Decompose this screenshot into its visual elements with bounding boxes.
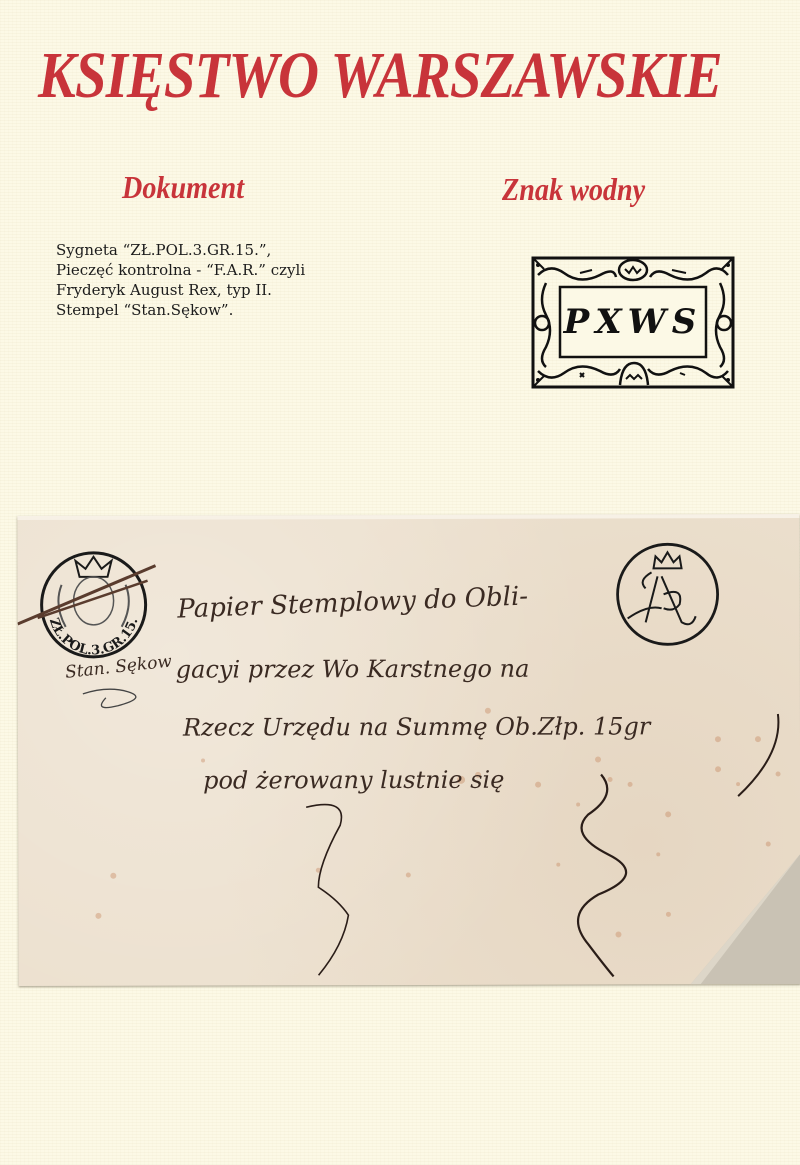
page-title: KSIĘSTWO WARSZAWSKIE [38, 36, 674, 116]
crowned-monogram-icon: FAR [617, 544, 717, 644]
watermark-figure: PXWS PXWS [530, 255, 736, 390]
svg-text:Rzecz Urzędu na Summę Ob.Złp.: Rzecz Urzędu na Summę Ob.Złp. 15gr [182, 712, 652, 741]
svg-text:gacyi przez Wo Karstnego na: gacyi przez Wo Karstnego na [176, 655, 530, 684]
svg-text:ZŁ.POL.3.GR.15.: ZŁ.POL.3.GR.15. [46, 616, 142, 659]
document-ink-layer: ZŁ.POL.3.GR.15. Stan. Sękow FAR Papier S… [17, 514, 800, 986]
description-block: Sygneta “ZŁ.POL.3.GR.15.”, Pieczęć kontr… [56, 240, 436, 320]
handwriting-line: pod żerowany lustnie się [0, 0, 1, 1]
control-seal-monogram: FAR [0, 0, 1, 1]
signet-stamp-text: ZŁ.POL.3.GR.15. [0, 0, 1, 1]
description-line: Fryderyk August Rex, typ II. [56, 280, 436, 300]
description-line: Pieczęć kontrolna - “F.A.R.” czyli [56, 260, 436, 280]
handwriting-line: Papier Stemplowy do Obli- [0, 0, 1, 1]
description-line: Sygneta “ZŁ.POL.3.GR.15.”, [56, 240, 436, 260]
watermark-text: PXWS [736, 255, 737, 256]
handwriting-line: gacyi przez Wo Karstnego na [0, 0, 1, 1]
place-stamp-text: Stan. Sękow [0, 0, 1, 1]
svg-text:PXWS: PXWS [563, 302, 703, 342]
folded-corner [690, 854, 800, 984]
svg-text:pod żerowany lustnie się: pod żerowany lustnie się [203, 766, 504, 795]
svg-text:Papier Stemplowy do Obli-: Papier Stemplowy do Obli- [176, 581, 529, 624]
section-heading-document: Dokument [122, 168, 244, 206]
handwriting-line: Rzecz Urzędu na Summę Ob.Złp. 15gr [0, 0, 1, 1]
section-heading-watermark: Znak wodny [502, 170, 645, 208]
description-line: Stempel “Stan.Sękow”. [56, 300, 436, 320]
ornamental-frame-icon: PXWS [530, 255, 736, 390]
historical-document: ZŁ.POL.3.GR.15. Stan. Sękow FAR Papier S… [17, 514, 800, 986]
crowned-eagle-shield-icon: ZŁ.POL.3.GR.15. [41, 553, 145, 659]
